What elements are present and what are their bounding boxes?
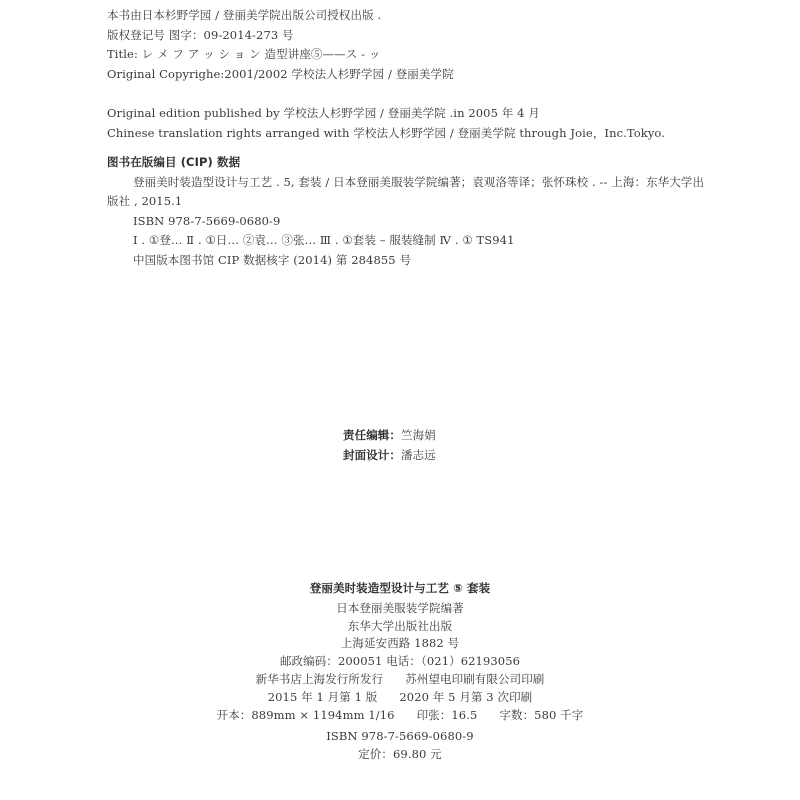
cip-classification: Ⅰ . ①登… Ⅱ . ①日… ②袁… ③张… Ⅲ . ①套装 – 服装缝制 Ⅳ… — [107, 231, 707, 251]
colophon-isbn: ISBN 978-7-5669-0680-9 — [0, 728, 800, 746]
rights-line-authorization: 本书由日本杉野学园 / 登丽美学院出版公司授权出版 . — [107, 6, 454, 26]
printer: 苏州望电印刷有限公司印刷 — [405, 672, 544, 686]
rights-line-registration: 版权登记号 图字：09-2014-273 号 — [107, 26, 454, 46]
colophon: 登丽美时装造型设计与工艺 ⑤ 套装 日本登丽美服装学院编著 东华大学出版社出版 … — [0, 580, 800, 764]
editor-credit: 责任编辑：竺海娟 — [343, 425, 436, 445]
cover-design-label: 封面设计： — [343, 448, 401, 462]
cover-design-name: 潘志远 — [401, 448, 436, 462]
distributor: 新华书店上海发行所发行 — [256, 672, 384, 686]
cover-design-credit: 封面设计：潘志远 — [343, 445, 436, 465]
postcode-phone: 邮政编码：200051 电话：（021）62193056 — [0, 653, 800, 671]
format-info: 开本：889mm × 1194mm 1/16印张：16.5字数：580 千字 — [0, 707, 800, 725]
original-edition-notice: Original edition published by 学校法人杉野学园 /… — [107, 104, 665, 143]
book-author: 日本登丽美服装学院编著 — [0, 600, 800, 618]
publisher-address: 上海延安西路 1882 号 — [0, 635, 800, 653]
edition: 2015 年 1 月第 1 版 — [268, 690, 378, 704]
original-edition-line: Original edition published by 学校法人杉野学园 /… — [107, 104, 665, 124]
rights-line-copyright: Original Copyrighe:2001/2002 学校法人杉野学园 / … — [107, 65, 454, 85]
translation-rights-line: Chinese translation rights arranged with… — [107, 124, 665, 144]
staff-credits: 责任编辑：竺海娟 封面设计：潘志远 — [343, 425, 436, 465]
cip-data-block: 图书在版编目 (CIP) 数据 登丽美时装造型设计与工艺 . 5, 套装 / 日… — [107, 153, 707, 270]
cip-number: 中国版本图书馆 CIP 数据核字 (2014) 第 284855 号 — [107, 251, 707, 271]
edition-info: 2015 年 1 月第 1 版2020 年 5 月第 3 次印刷 — [0, 689, 800, 707]
book-publisher: 东华大学出版社出版 — [0, 618, 800, 636]
cip-isbn: ISBN 978-7-5669-0680-9 — [107, 212, 707, 232]
rights-notice: 本书由日本杉野学园 / 登丽美学院出版公司授权出版 . 版权登记号 图字：09-… — [107, 6, 454, 84]
distribution-printing: 新华书店上海发行所发行苏州望电印刷有限公司印刷 — [0, 671, 800, 689]
word-count: 字数：580 千字 — [499, 708, 583, 722]
cip-entry-line1: 登丽美时装造型设计与工艺 . 5, 套装 / 日本登丽美服装学院编著；袁观洛等译… — [107, 173, 707, 193]
cip-entry-line2: 版社 , 2015.1 — [107, 192, 707, 212]
printing: 2020 年 5 月第 3 次印刷 — [399, 690, 532, 704]
rights-line-title: Title: レ メ フ ア ッ シ ョ ン 造型讲座⑤——ス - ッ — [107, 45, 454, 65]
book-title: 登丽美时装造型设计与工艺 ⑤ 套装 — [0, 580, 800, 598]
sheets: 印张：16.5 — [417, 708, 478, 722]
editor-name: 竺海娟 — [401, 428, 436, 442]
format: 开本：889mm × 1194mm 1/16 — [217, 708, 395, 722]
editor-label: 责任编辑： — [343, 428, 401, 442]
cip-heading: 图书在版编目 (CIP) 数据 — [107, 153, 707, 173]
price: 定价：69.80 元 — [0, 746, 800, 764]
